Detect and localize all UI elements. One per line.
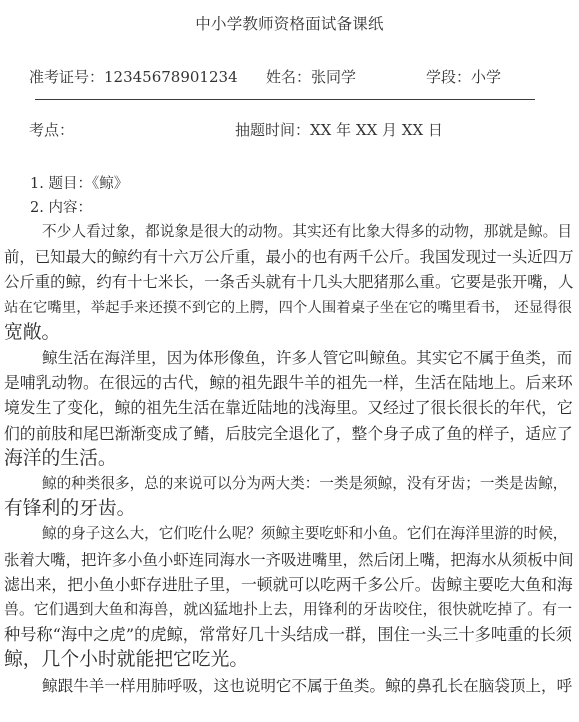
- candidate-name: 姓名：张同学: [266, 66, 356, 87]
- body-line: 海洋的生活。: [4, 447, 572, 471]
- draw-time: 抽题时间：XX 年 XX 月 XX 日: [235, 119, 443, 140]
- topic-item: 1. 题目：《鲸》: [30, 172, 128, 193]
- page-title: 中小学教师资格面试备课纸: [0, 12, 579, 34]
- content-item: 2. 内容：: [30, 196, 92, 217]
- body-line: 张着大嘴，把许多小鱼小虾连同海水一齐吸进嘴里，然后闭上嘴，把海水从须板中间: [4, 548, 572, 572]
- body-line: 前，已知最大的鲸约有十六万公斤重，最小的也有两千公斤。我国发现过一头近四万: [4, 245, 572, 269]
- body-line: 鲸跟牛羊一样用肺呼吸，这也说明它不属于鱼类。鲸的鼻孔长在脑袋顶上，呼: [42, 674, 572, 698]
- body-line: 有锋利的牙齿。: [4, 497, 572, 521]
- exam-id: 准考证号：12345678901234: [29, 66, 238, 87]
- body-line: 鲸的身子这么大，它们吃什么呢？须鲸主要吃虾和小鱼。它们在海洋里游的时候，: [42, 522, 572, 546]
- body-line: 滤出来，把小鱼小虾存进肚子里，一顿就可以吃两千多公斤。齿鲸主要吃大鱼和海: [4, 573, 572, 597]
- exam-point: 考点：: [29, 119, 74, 140]
- body-line: 公斤重的鲸，约有十七米长，一条舌头就有十几头大肥猪那么重。它要是张开嘴，人: [4, 270, 572, 294]
- body-line: 不少人看过象，都说象是很大的动物。其实还有比象大得多的动物，那就是鲸。目: [42, 220, 572, 244]
- body-line: 境发生了变化，鲸的祖先生活在靠近陆地的浅海里。又经过了很长很长的年代，它: [4, 396, 572, 420]
- body-line: 们的前肢和尾巴渐渐变成了鳍，后肢完全退化了，整个身子成了鱼的样子，适应了: [4, 422, 572, 446]
- body-line: 站在它嘴里，举起手来还摸不到它的上腭，四个人围着桌子坐在它的嘴里看书， 还显得很: [4, 296, 572, 320]
- body-line: 是哺乳动物。在很远的古代，鲸的祖先跟牛羊的祖先一样，生活在陆地上。后来环: [4, 371, 572, 395]
- school-stage: 学段：小学: [426, 66, 501, 87]
- body-line: 宽敞。: [4, 321, 572, 345]
- body-line: 鲸的种类很多，总的来说可以分为两大类：一类是须鲸，没有牙齿；一类是齿鲸，: [42, 472, 572, 496]
- header-divider: [35, 99, 535, 100]
- body-line: 鲸，几个小时就能把它吃光。: [4, 648, 572, 672]
- body-line: 种号称“海中之虎”的虎鲸，常常好几十头结成一群，围住一头三十多吨重的长须: [4, 623, 572, 647]
- body-line: 兽。它们遇到大鱼和海兽，就凶猛地扑上去，用锋利的牙齿咬住，很快就吃掉了。有一: [4, 598, 572, 622]
- body-line: 鲸生活在海洋里，因为体形像鱼，许多人管它叫鲸鱼。其实它不属于鱼类，而: [42, 346, 572, 370]
